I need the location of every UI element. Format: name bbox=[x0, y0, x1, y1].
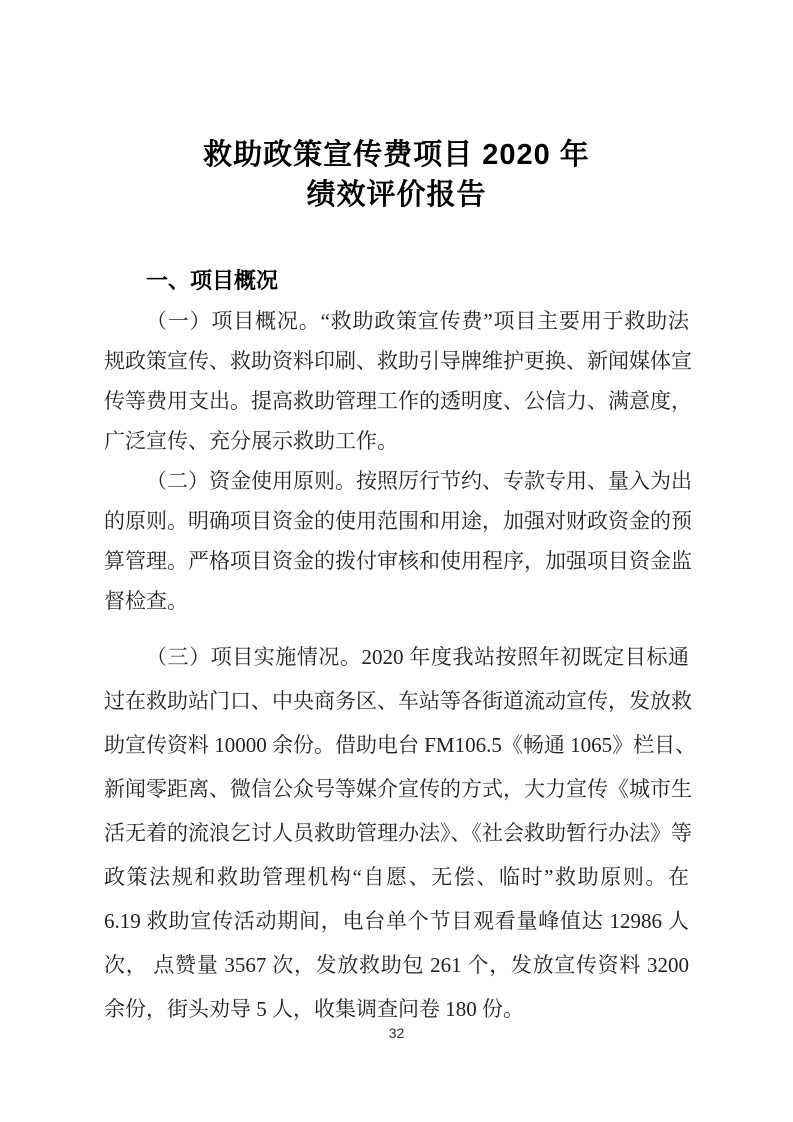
paragraph-funding-principles: （二）资金使用原则。按照厉行节约、专款专用、量入为出 的原则。明确项目资金的使用… bbox=[104, 461, 689, 621]
text-line: （二）资金使用原则。按照厉行节约、专款专用、量入为出 bbox=[104, 461, 689, 501]
text-line: 6.19 救助宣传活动期间，电台单个节目观看量峰值达 12986 人 bbox=[104, 899, 689, 943]
document-body: 一、项目概况 （一）项目概况。“救助政策宣传费”项目主要用于救助法 规政策宣传、… bbox=[104, 261, 689, 1031]
text-line: 政策法规和救助管理机构“自愿、无偿、临时”救助原则。在 bbox=[104, 855, 689, 899]
text-line: 算管理。严格项目资金的拨付审核和使用程序，加强项目资金监 bbox=[104, 541, 689, 581]
text-line: 助宣传资料 10000 余份。借助电台 FM106.5《畅通 1065》栏目、 bbox=[104, 723, 689, 767]
text-line: 的原则。明确项目资金的使用范围和用途，加强对财政资金的预 bbox=[104, 501, 689, 541]
text-line: （一）项目概况。“救助政策宣传费”项目主要用于救助法 bbox=[104, 301, 689, 341]
paragraph-implementation: （三）项目实施情况。2020 年度我站按照年初既定目标通 过在救助站门口、中央商… bbox=[104, 635, 689, 1031]
document-title-line2: 绩效评价报告 bbox=[0, 175, 793, 215]
document-title-line1: 救助政策宣传费项目 2020 年 bbox=[0, 135, 793, 175]
text-line: （三）项目实施情况。2020 年度我站按照年初既定目标通 bbox=[104, 635, 689, 679]
document-page: 救助政策宣传费项目 2020 年 绩效评价报告 一、项目概况 （一）项目概况。“… bbox=[0, 0, 793, 1122]
text-line: 新闻零距离、微信公众号等媒介宣传的方式，大力宣传《城市生 bbox=[104, 767, 689, 811]
page-number: 32 bbox=[0, 1024, 793, 1042]
text-line: 活无着的流浪乞讨人员救助管理办法》、《社会救助暂行办法》等 bbox=[104, 811, 689, 855]
paragraph-project-overview: （一）项目概况。“救助政策宣传费”项目主要用于救助法 规政策宣传、救助资料印刷、… bbox=[104, 301, 689, 461]
section-heading: 一、项目概况 bbox=[104, 261, 689, 301]
text-line: 广泛宣传、充分展示救助工作。 bbox=[104, 421, 689, 461]
text-line: 规政策宣传、救助资料印刷、救助引导牌维护更换、新闻媒体宣 bbox=[104, 341, 689, 381]
document-title: 救助政策宣传费项目 2020 年 绩效评价报告 bbox=[0, 135, 793, 215]
text-line: 传等费用支出。提高救助管理工作的透明度、公信力、满意度， bbox=[104, 381, 689, 421]
text-line: 次， 点赞量 3567 次，发放救助包 261 个，发放宣传资料 3200 bbox=[104, 943, 689, 987]
text-line: 督检查。 bbox=[104, 581, 689, 621]
text-line: 过在救助站门口、中央商务区、车站等各街道流动宣传，发放救 bbox=[104, 679, 689, 723]
